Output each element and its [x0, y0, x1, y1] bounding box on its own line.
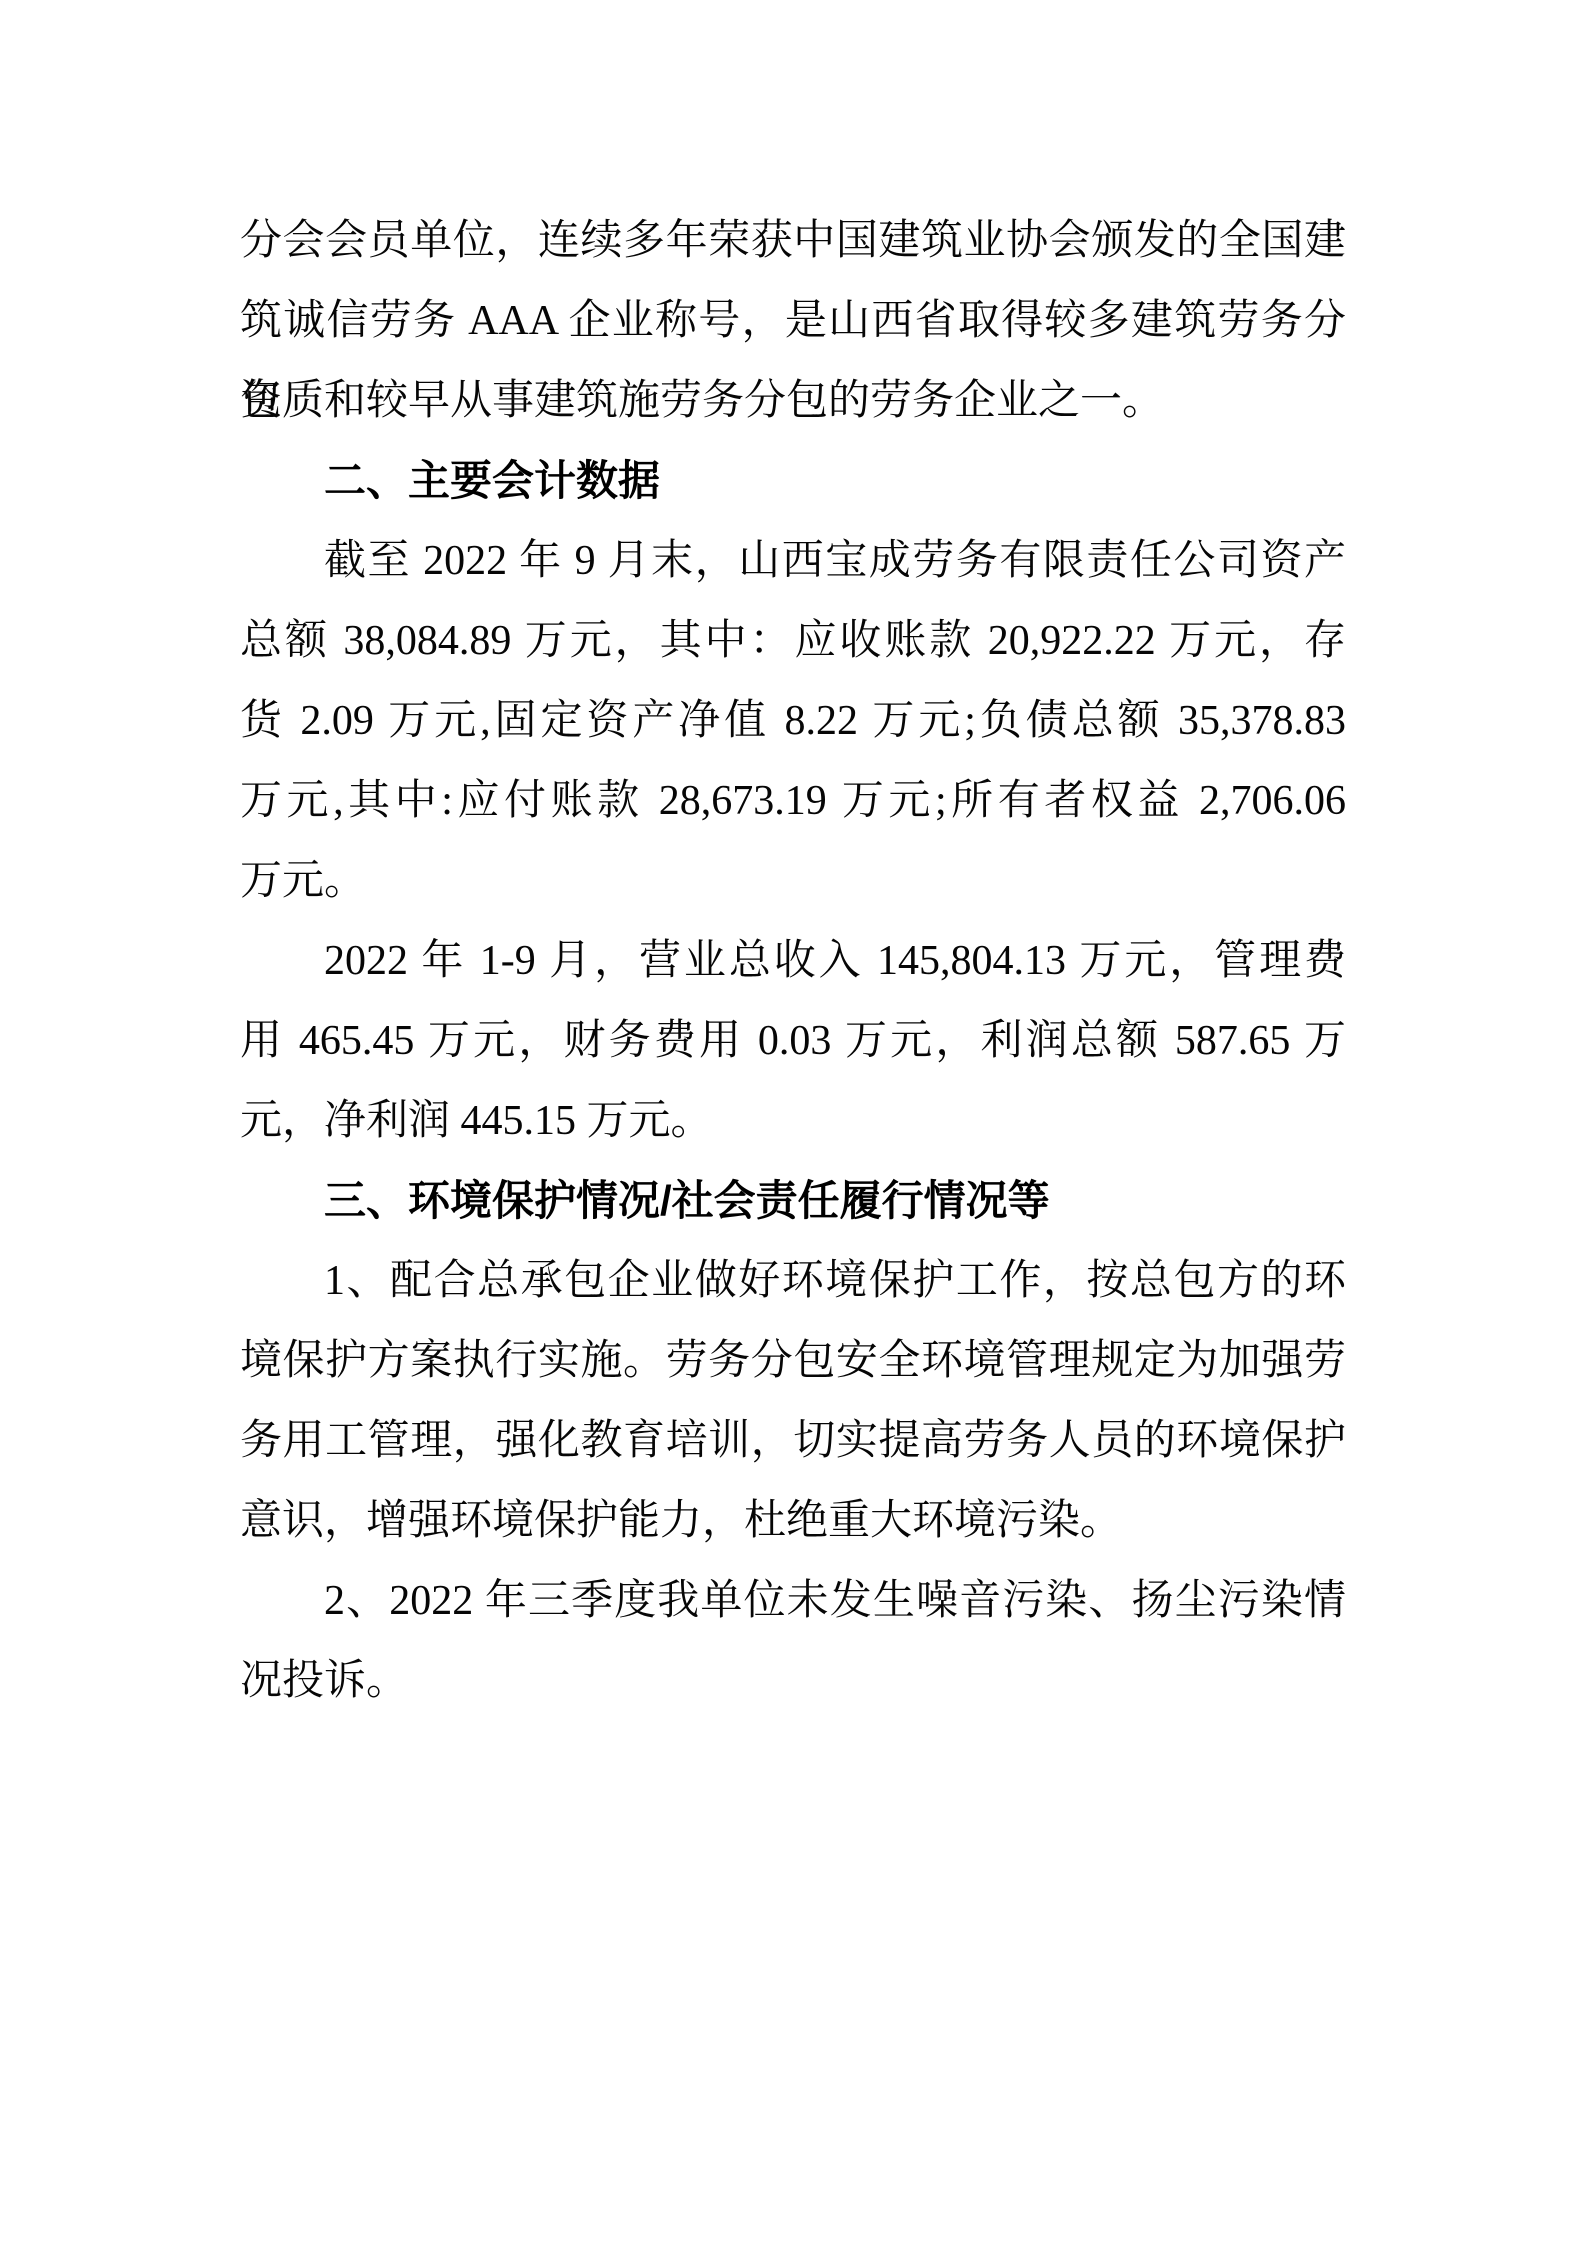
paragraph-balance-sheet: 截至 2022 年 9 月末，山西宝成劳务有限责任公司资产 — [240, 521, 1346, 601]
paragraph-income-statement: 元，净利润 445.15 万元。 — [240, 1081, 1346, 1161]
heading-environment-social: 三、环境保护情况/社会责任履行情况等 — [240, 1161, 1346, 1241]
paragraph-environment-measures: 1、配合总承包企业做好环境保护工作，按总包方的环 — [240, 1241, 1346, 1321]
paragraph-company-intro-continued: 筑诚信劳务 AAA 企业称号，是山西省取得较多建筑劳务分包 — [240, 281, 1346, 361]
paragraph-company-intro-continued: 分会会员单位，连续多年荣获中国建筑业协会颁发的全国建 — [240, 201, 1346, 281]
paragraph-environment-measures: 务用工管理，强化教育培训，切实提高劳务人员的环境保护 — [240, 1401, 1346, 1481]
paragraph-environment-measures: 意识，增强环境保护能力，杜绝重大环境污染。 — [240, 1481, 1346, 1561]
paragraph-balance-sheet: 总额 38,084.89 万元，其中：应收账款 20,922.22 万元，存 — [240, 601, 1346, 681]
paragraph-no-complaints: 2、2022 年三季度我单位未发生噪音污染、扬尘污染情 — [240, 1561, 1346, 1641]
paragraph-income-statement: 2022 年 1-9 月，营业总收入 145,804.13 万元，管理费 — [240, 921, 1346, 1001]
paragraph-balance-sheet: 万元。 — [240, 841, 1346, 921]
paragraph-balance-sheet: 万元,其中:应付账款 28,673.19 万元;所有者权益 2,706.06 — [240, 761, 1346, 841]
paragraph-company-intro-continued: 资质和较早从事建筑施劳务分包的劳务企业之一。 — [240, 361, 1346, 441]
heading-accounting-data: 二、主要会计数据 — [240, 441, 1346, 521]
document-content: 分会会员单位，连续多年荣获中国建筑业协会颁发的全国建筑诚信劳务 AAA 企业称号… — [240, 201, 1346, 1721]
document-page: 分会会员单位，连续多年荣获中国建筑业协会颁发的全国建筑诚信劳务 AAA 企业称号… — [0, 0, 1587, 2245]
paragraph-income-statement: 用 465.45 万元，财务费用 0.03 万元，利润总额 587.65 万 — [240, 1001, 1346, 1081]
paragraph-balance-sheet: 货 2.09 万元,固定资产净值 8.22 万元;负债总额 35,378.83 — [240, 681, 1346, 761]
paragraph-environment-measures: 境保护方案执行实施。劳务分包安全环境管理规定为加强劳 — [240, 1321, 1346, 1401]
paragraph-no-complaints: 况投诉。 — [240, 1641, 1346, 1721]
